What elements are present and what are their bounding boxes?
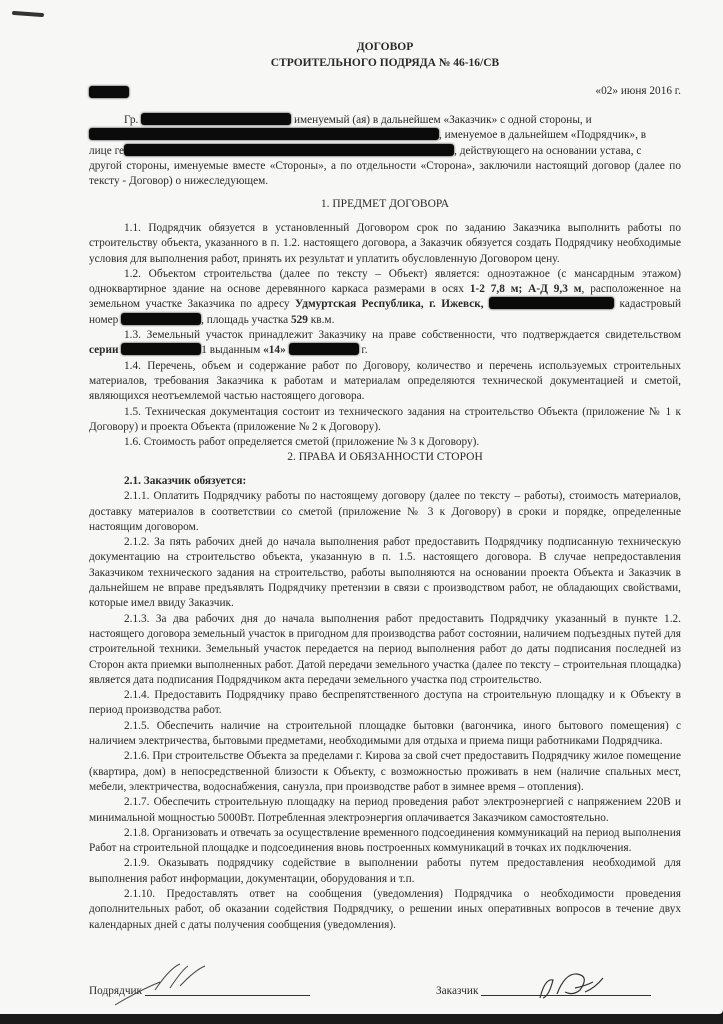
clause-2-1-6: 2.1.6. При строительстве Объекта за пред… <box>89 749 681 795</box>
clause-2-1-3: 2.1.3. За два рабочих дня до начала выпо… <box>89 612 681 688</box>
section-1-heading: 1. ПРЕДМЕТ ДОГОВОРА <box>89 197 681 212</box>
redacted-cadastral-number <box>121 313 201 325</box>
clause-2-1-1: 2.1.1. Оплатить Подрядчику работы по нас… <box>89 489 681 535</box>
clause-1-2: 1.2. Объектом строительства (далее по те… <box>89 267 681 328</box>
document-title: ДОГОВОР <box>89 40 681 55</box>
clause-2-1-4: 2.1.4. Предоставить Подрядчику право бес… <box>89 688 681 719</box>
redacted-director-name <box>124 144 454 156</box>
scan-artifact-mark <box>12 11 44 17</box>
section-2-heading: 2. ПРАВА И ОБЯЗАННОСТИ СТОРОН <box>89 450 681 465</box>
clause-2-1-2: 2.1.2. За пять рабочих дней до начала вы… <box>89 535 681 611</box>
preamble-text-d: лице ге <box>89 145 124 157</box>
preamble-text-b: именуемый (ая) в дальнейшем «Заказчик» с… <box>294 114 592 126</box>
clause-1-1: 1.1. Подрядчик обязуется в установленный… <box>89 221 681 267</box>
clause-2-1-7: 2.1.7. Обеспечить строительную площадку … <box>89 795 681 826</box>
document-page: ДОГОВОР СТРОИТЕЛЬНОГО ПОДРЯДА № 46-16/СВ… <box>0 0 723 1014</box>
preamble-text-f: другой стороны, именуемые вместе «Сторон… <box>89 159 681 190</box>
clause-1-4: 1.4. Перечень, объем и содержание работ … <box>89 359 681 405</box>
subsection-2-1: 2.1. Заказчик обязуется: <box>89 474 681 489</box>
section-1-body: 1.1. Подрядчик обязуется в установленный… <box>89 221 681 450</box>
clause-1-3: 1.3. Земельный участок принадлежит Заказ… <box>89 328 681 359</box>
clause-1-5: 1.5. Техническая документация состоит из… <box>89 405 681 436</box>
contractor-signature-icon <box>110 960 230 1010</box>
redacted-customer-name <box>141 113 291 125</box>
redacted-certificate-series <box>121 343 201 355</box>
preamble-text-e: , действующего на основании устава, с <box>454 145 641 157</box>
redacted-contractor-org <box>89 128 439 140</box>
contract-date: «02» июня 2016 г. <box>595 84 681 99</box>
preamble: Гр. именуемый (ая) в дальнейшем «Заказчи… <box>89 113 681 189</box>
customer-label: Заказчик <box>436 985 478 997</box>
clause-1-6: 1.6. Стоимость работ определяется сметой… <box>89 435 681 450</box>
section-2-body: 2.1. Заказчик обязуется: 2.1.1. Оплатить… <box>89 474 681 933</box>
customer-signature-icon <box>535 968 615 1003</box>
clause-2-1-9: 2.1.9. Оказывать подрядчику содействие в… <box>89 856 681 887</box>
redacted-certificate-date <box>289 343 359 355</box>
redacted-address <box>489 297 614 309</box>
clause-2-1-8: 2.1.8. Организовать и отвечать за осущес… <box>89 826 681 857</box>
clause-2-1-10: 2.1.10. Предоставлять ответ на сообщения… <box>89 887 681 933</box>
clause-2-1-5: 2.1.5. Обеспечить наличие на строительно… <box>89 719 681 750</box>
preamble-text-c: , именуемое в дальнейшем «Подрядчик», в <box>439 129 646 141</box>
redacted-city <box>89 86 129 98</box>
preamble-text-a: Гр. <box>124 114 138 126</box>
document-subtitle: СТРОИТЕЛЬНОГО ПОДРЯДА № 46-16/СВ <box>89 56 681 71</box>
